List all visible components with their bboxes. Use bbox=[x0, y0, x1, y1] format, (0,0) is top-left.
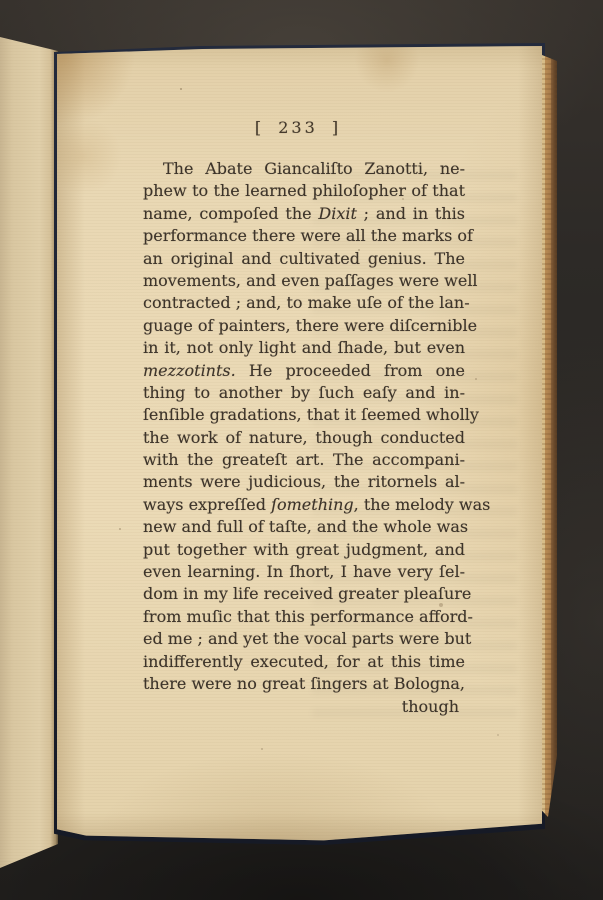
text-line: ed me ; and yet the vocal parts were but bbox=[143, 628, 465, 650]
text-segment: indifferently executed, for at this time bbox=[143, 652, 465, 671]
text-segment: phew to the learned philoſopher of that bbox=[143, 181, 465, 200]
text-line: put together with great judgment, and bbox=[143, 539, 465, 561]
text-segment: ; and in this bbox=[357, 204, 465, 223]
text-segment: even learning. In ſhort, I have very ſel… bbox=[143, 562, 465, 581]
text-line: thing to another by ſuch eaſy and in- bbox=[143, 382, 465, 404]
text-segment: from muſic that this performance afford- bbox=[143, 607, 473, 626]
text-segment: contracted ; and, to make uſe of the lan… bbox=[143, 293, 470, 312]
text-line: even learning. In ſhort, I have very ſel… bbox=[143, 561, 465, 583]
text-line: name, compoſed the Dixit ; and in this bbox=[143, 203, 465, 225]
text-segment: , the melody was bbox=[354, 495, 491, 514]
text-line: performance there were all the marks of bbox=[143, 225, 465, 247]
text-segment: ways expreſſed bbox=[143, 495, 271, 514]
paper-specks bbox=[57, 46, 59, 48]
catchword: though bbox=[143, 696, 459, 718]
text-line: ways expreſſed ſomething, the melody was bbox=[143, 494, 465, 516]
text-line: The Abate Giancaliſto Zanotti, ne- bbox=[143, 158, 465, 180]
text-segment: an original and cultivated genius. The bbox=[143, 249, 465, 268]
page-number-header: [ 233 ] bbox=[137, 118, 459, 137]
left-page-edge bbox=[0, 0, 58, 900]
text-segment: movements, and even paſſages were well bbox=[143, 271, 478, 290]
body-text: The Abate Giancaliſto Zanotti, ne-phew t… bbox=[143, 158, 465, 695]
text-segment: put together with great judgment, and bbox=[143, 540, 465, 559]
text-segment: in it, not only light and ſhade, but eve… bbox=[143, 338, 465, 357]
text-line: the work of nature, though conducted bbox=[143, 427, 465, 449]
text-segment: guage of painters, there were diſcernibl… bbox=[143, 316, 477, 335]
text-line: with the greateſt art. The accompani- bbox=[143, 449, 465, 471]
text-line: dom in my life received greater pleaſure bbox=[143, 583, 465, 605]
text-line: guage of painters, there were diſcernibl… bbox=[143, 315, 465, 337]
text-segment: there were no great ſingers at Bologna, bbox=[143, 674, 465, 693]
text-line: phew to the learned philoſopher of that bbox=[143, 180, 465, 202]
text-segment: The Abate Giancaliſto Zanotti, ne- bbox=[163, 159, 465, 178]
text-segment: performance there were all the marks of bbox=[143, 226, 473, 245]
text-line: mezzotints. He proceeded from one bbox=[143, 360, 465, 382]
text-segment: new and full of taſte, and the whole was bbox=[143, 517, 468, 536]
text-line: in it, not only light and ſhade, but eve… bbox=[143, 337, 465, 359]
italic-text-segment: Dixit bbox=[318, 204, 357, 223]
book-page: [ 233 ] The Abate Giancaliſto Zanotti, n… bbox=[57, 46, 542, 842]
text-segment: the work of nature, though conducted bbox=[143, 428, 465, 447]
text-line: contracted ; and, to make uſe of the lan… bbox=[143, 292, 465, 314]
text-segment: He proceeded from one bbox=[236, 361, 465, 380]
text-line: new and full of taſte, and the whole was bbox=[143, 516, 465, 538]
text-segment: ed me ; and yet the vocal parts were but bbox=[143, 629, 471, 648]
text-segment: ſenſible gradations, that it ſeemed whol… bbox=[143, 405, 479, 424]
text-line: ments were judicious, the ritornels al- bbox=[143, 471, 465, 493]
italic-text-segment: ſomething bbox=[271, 495, 354, 514]
text-segment: thing to another by ſuch eaſy and in- bbox=[143, 383, 465, 402]
text-line: indifferently executed, for at this time bbox=[143, 651, 465, 673]
text-line: from muſic that this performance afford- bbox=[143, 606, 465, 628]
text-line: there were no great ſingers at Bologna, bbox=[143, 673, 465, 695]
photo-backdrop: [ 233 ] The Abate Giancaliſto Zanotti, n… bbox=[0, 0, 603, 900]
text-line: ſenſible gradations, that it ſeemed whol… bbox=[143, 404, 465, 426]
italic-text-segment: mezzotints. bbox=[143, 361, 236, 380]
text-line: an original and cultivated genius. The bbox=[143, 248, 465, 270]
text-segment: ments were judicious, the ritornels al- bbox=[143, 472, 465, 491]
text-segment: name, compoſed the bbox=[143, 204, 318, 223]
text-line: movements, and even paſſages were well bbox=[143, 270, 465, 292]
text-segment: dom in my life received greater pleaſure bbox=[143, 584, 471, 603]
text-segment: with the greateſt art. The accompani- bbox=[143, 450, 465, 469]
